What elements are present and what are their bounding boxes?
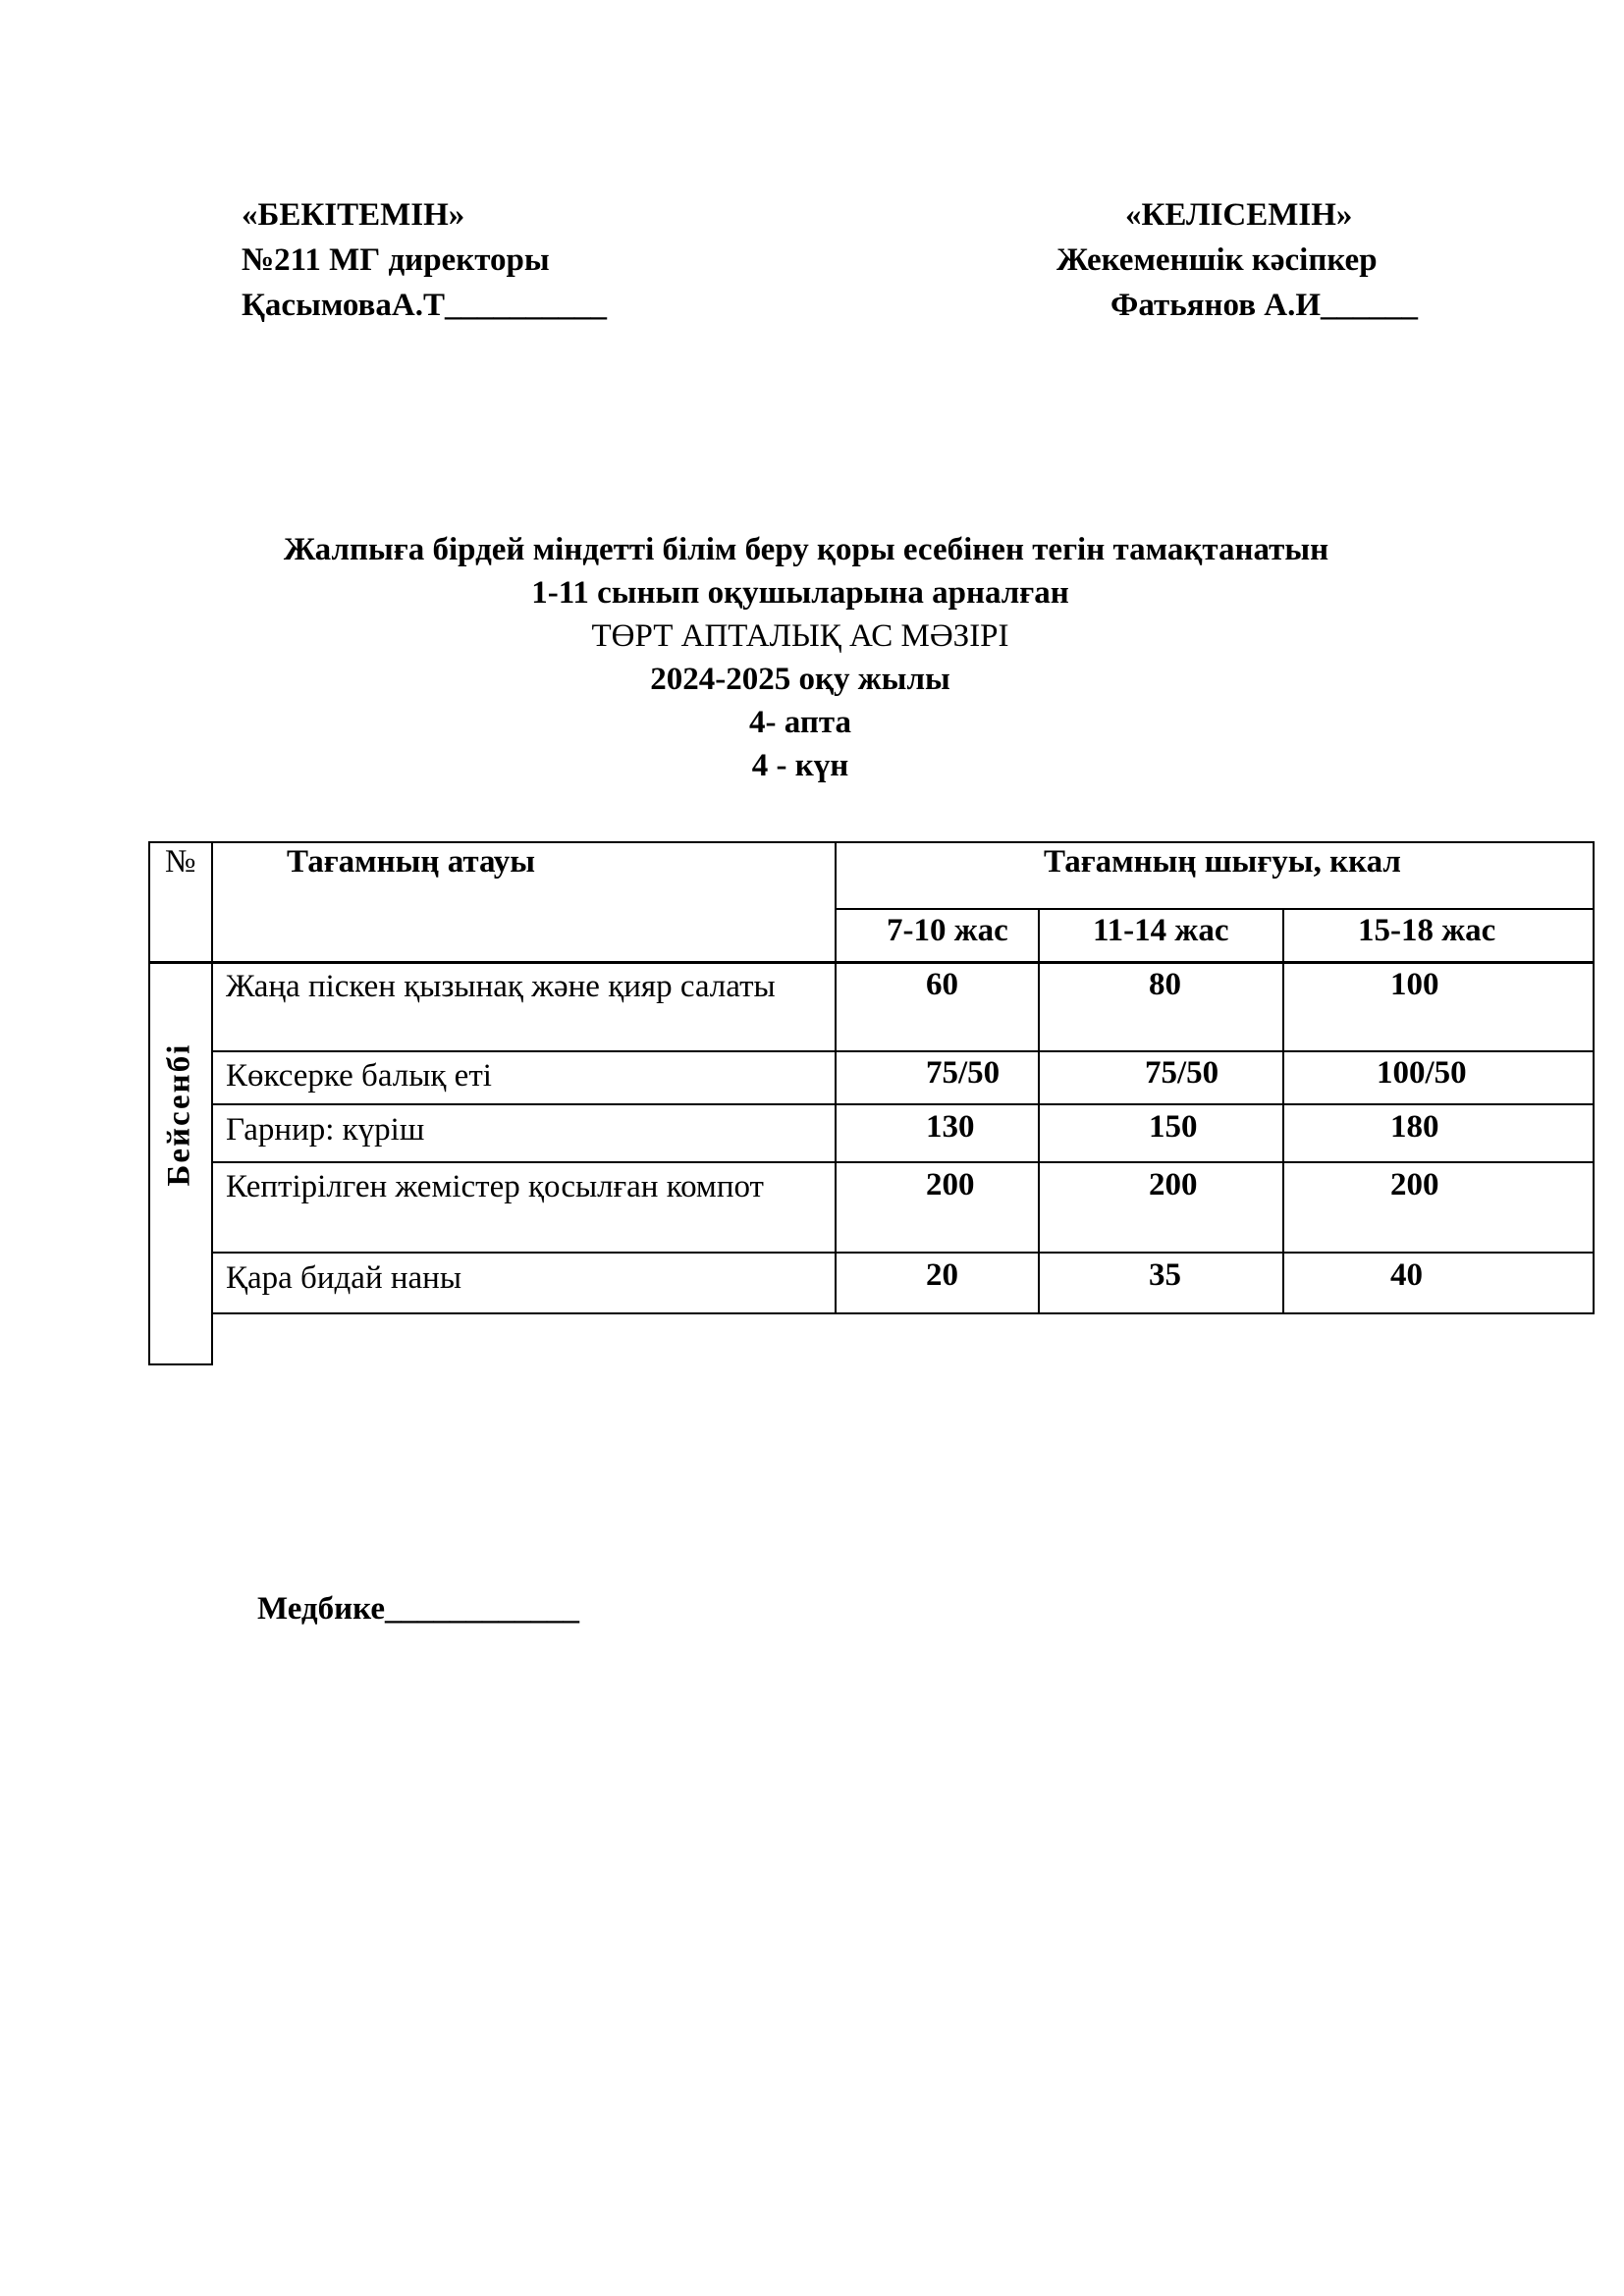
title-line-2: 1-11 сынып оқушыларына арналған xyxy=(0,575,1612,612)
value-7-10: 75/50 xyxy=(926,1055,1000,1092)
header-age-11-14: 11-14 жас xyxy=(1093,913,1229,949)
table-border-top xyxy=(148,841,1595,843)
header-split-line xyxy=(835,908,1595,910)
age-column-divider-2 xyxy=(1282,908,1284,1314)
dish-name: Жаңа піскен қызынақ және қияр салаты xyxy=(226,964,815,1009)
title-week: 4- апта xyxy=(0,705,1612,741)
value-15-18: 200 xyxy=(1390,1167,1439,1203)
dish-name: Қара бидай наны xyxy=(226,1255,815,1301)
title-day: 4 - күн xyxy=(0,748,1612,784)
approval-right-heading: «КЕЛІСЕМІН» xyxy=(1125,192,1352,238)
row-line-2 xyxy=(211,1103,1595,1105)
row-line-3 xyxy=(211,1161,1595,1163)
value-7-10: 130 xyxy=(926,1109,975,1146)
value-11-14: 150 xyxy=(1149,1109,1198,1146)
title-line-4: 2024-2025 оқу жылы xyxy=(0,662,1612,698)
nurse-signature: Медбике____________ xyxy=(257,1586,579,1631)
approval-left-block: «БЕКІТЕМІН» №211 МГ директоры ҚасымоваА.… xyxy=(242,192,607,328)
approval-left-heading: «БЕКІТЕМІН» xyxy=(242,192,607,238)
header-age-15-18: 15-18 жас xyxy=(1358,913,1495,949)
name-column-divider xyxy=(835,841,837,1314)
day-label: Бейсенбі xyxy=(162,1059,198,1187)
table-border-right xyxy=(1593,841,1595,1314)
table-border-left xyxy=(148,841,150,1365)
day-column-bottom xyxy=(148,1363,213,1365)
approval-right-signature: Фатьянов А.И______ xyxy=(1110,283,1418,328)
value-11-14: 200 xyxy=(1149,1167,1198,1203)
value-7-10: 60 xyxy=(926,967,958,1003)
dish-name: Гарнир: күріш xyxy=(226,1107,815,1152)
value-15-18: 100 xyxy=(1390,967,1439,1003)
value-15-18: 100/50 xyxy=(1377,1055,1467,1092)
header-age-7-10: 7-10 жас xyxy=(887,913,1008,949)
row-line-4 xyxy=(211,1252,1595,1254)
value-11-14: 80 xyxy=(1149,967,1181,1003)
value-11-14: 35 xyxy=(1149,1257,1181,1294)
header-number: № xyxy=(165,844,196,881)
value-11-14: 75/50 xyxy=(1145,1055,1218,1092)
header-dish-name: Тағамның атауы xyxy=(287,844,535,881)
approval-left-signature: ҚасымоваА.Т__________ xyxy=(242,283,607,328)
dish-name: Кептірілген жемістер қосылған компот xyxy=(226,1164,815,1209)
value-15-18: 40 xyxy=(1390,1257,1423,1294)
age-column-divider-1 xyxy=(1038,908,1040,1314)
approval-right-position: Жекеменшік кәсіпкер xyxy=(1056,238,1378,283)
value-7-10: 200 xyxy=(926,1167,975,1203)
value-7-10: 20 xyxy=(926,1257,958,1294)
dish-name: Көксерке балық еті xyxy=(226,1053,815,1098)
title-line-1: Жалпыға бірдей міндетті білім беру қоры … xyxy=(0,532,1618,568)
header-yield-group: Тағамның шығуы, ккал xyxy=(1044,844,1401,881)
row-line-5 xyxy=(211,1312,1595,1314)
row-line-1 xyxy=(211,1050,1595,1052)
title-line-3: ТӨРТ АПТАЛЫҚ АС МӘЗІРІ xyxy=(0,618,1612,655)
number-column-divider xyxy=(211,841,213,1365)
value-15-18: 180 xyxy=(1390,1109,1439,1146)
approval-left-position: №211 МГ директоры xyxy=(242,238,607,283)
